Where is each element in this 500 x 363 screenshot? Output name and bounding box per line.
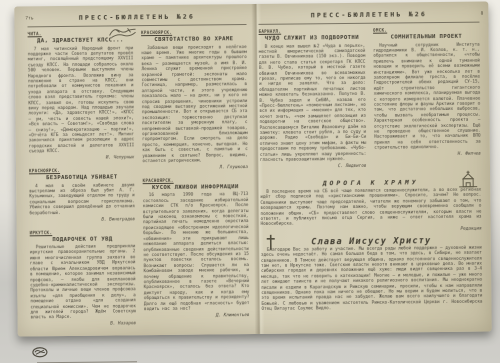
letter-body: Благодарю Вас за заботу и участие. Мы вс…	[261, 245, 483, 312]
page-number-right: 8	[481, 12, 484, 17]
article-signature: С. Людвигов	[260, 164, 367, 170]
left-column-2: КРАСНОЯРСК. СВЯТОТАТСТВО ВО ХРАМЕ Забавн…	[141, 29, 250, 363]
article-title: КУСОК ЛЖИВОЙ ИНФОРМАЦИИ	[143, 184, 249, 191]
article-somnitelny-proekt: ОМСК. СОМНИТЕЛЬНЫЙ ПРОЕКТ Научный сотруд…	[373, 27, 481, 158]
article-da-zdravstvuet-kpss: ЧИТА. ДА, ЗДРАВСТВУЕТ КПСС... 7 мая чити…	[28, 30, 135, 161]
section-slava-iisusu: Слава Иисусу Христу Благодарю Вас за заб…	[261, 235, 483, 312]
section-signoff: Редакция	[261, 226, 482, 233]
article-body: Научный сотрудник Института гидродинамик…	[373, 42, 481, 151]
article-body: 7 мая читинский Народный фронт при подде…	[28, 46, 135, 155]
article-podarochek: ИРКУТСК. ПОДАРОЧЕК ОТ УВД Решительные де…	[30, 229, 137, 363]
article-signature: Н. Филчев	[374, 152, 481, 158]
bulletin-spread: 7ть ПРЕСС-БЮЛЛЕТЕНЬ №26 ЧИТА. ДА, ЗДРАВС…	[14, 2, 491, 337]
article-chudo: БАРНАУЛ. ЧУДО СЛУЖИТ ИЗ ПОДВОРОТНИ В кон…	[259, 28, 367, 170]
article-title: БЕЗРАБОТИЦА УБИВАЕТ	[29, 174, 135, 181]
bulletin-title: ПРЕСС-БЮЛЛЕТЕНЬ №26	[258, 10, 479, 20]
page-left: 7ть ПРЕСС-БЮЛЛЕТЕНЬ №26 ЧИТА. ДА, ЗДРАВС…	[14, 4, 254, 336]
article-title: ДА, ЗДРАВСТВУЕТ КПСС...	[28, 37, 134, 44]
section-title: ДОРОГА К ХРАМУ	[260, 178, 481, 188]
article-signature: И. Чепурных	[29, 155, 135, 161]
article-signature: Л. Глушкова	[142, 165, 248, 171]
article-title: ЧУДО СЛУЖИТ ИЗ ПОДВОРОТНИ	[259, 35, 366, 42]
right-column-2: ОМСК. СОМНИТЕЛЬНЫЙ ПРОЕКТ Научный сотруд…	[373, 27, 481, 176]
section-body: В последнее время на СБ всё чаще появляю…	[260, 188, 481, 228]
article-svyatotatstvo: КРАСНОЯРСК. СВЯТОТАТСТВО ВО ХРАМЕ Забавн…	[141, 29, 248, 171]
page-header: ПРЕСС-БЮЛЛЕТЕНЬ №26 8	[258, 10, 479, 23]
city-label: КРАСНОЯРСК.	[143, 177, 249, 183]
city-label: КРАСНОЯРСК.	[29, 167, 135, 173]
article-signature: В. Виноградов	[29, 217, 135, 223]
article-title: ПОДАРОЧЕК ОТ УВД	[30, 236, 136, 243]
page-header: 7ть ПРЕСС-БЮЛЛЕТЕНЬ №26	[27, 12, 246, 25]
article-signature: Д. Климентьев	[144, 313, 250, 319]
article-signature: В. Назаров	[31, 321, 137, 327]
city-label: БАРНАУЛ.	[259, 28, 366, 34]
article-body: 16 марта 1990 года на ВЦ-713 состоялось …	[143, 192, 250, 312]
article-body: В конце мая вышел №2 «Чуда в перьях», ме…	[259, 43, 367, 163]
article-title: СОМНИТЕЛЬНЫЙ ПРОЕКТ	[373, 34, 480, 41]
city-label: ИРКУТСК.	[30, 229, 136, 235]
article-body: 4 мая в своём кабинете двумя выстрелами …	[29, 183, 135, 217]
article-kusok-informatsii: КРАСНОЯРСК. КУСОК ЛЖИВОЙ ИНФОРМАЦИИ 16 м…	[143, 177, 250, 319]
city-label: ОМСК.	[373, 27, 480, 33]
article-body: Забавные вещи происходят в нелёгкое наше…	[141, 45, 248, 165]
section-doroga-k-hramu: ДОРОГА К ХРАМУ В последнее время на СБ в…	[260, 178, 482, 234]
city-label: КРАСНОЯРСК.	[141, 29, 247, 35]
page-right: ПРЕСС-БЮЛЛЕТЕНЬ №26 8 БАРНАУЛ. ЧУДО СЛУЖ…	[251, 2, 491, 334]
right-column-1: БАРНАУЛ. ЧУДО СЛУЖИТ ИЗ ПОДВОРОТНИ В кон…	[259, 28, 367, 177]
bulletin-title: ПРЕСС-БЮЛЛЕТЕНЬ №26	[27, 12, 246, 22]
left-column-1: ЧИТА. ДА, ЗДРАВСТВУЕТ КПСС... 7 мая чити…	[28, 30, 137, 363]
article-title: СВЯТОТАТСТВО ВО ХРАМЕ	[141, 36, 247, 43]
article-body: Решительные действия предприняли иркутск…	[30, 244, 136, 321]
article-bezrabotitsa: КРАСНОЯРСК. БЕЗРАБОТИЦА УБИВАЕТ 4 мая в …	[29, 167, 135, 223]
ink-stamp-icon	[31, 327, 137, 358]
